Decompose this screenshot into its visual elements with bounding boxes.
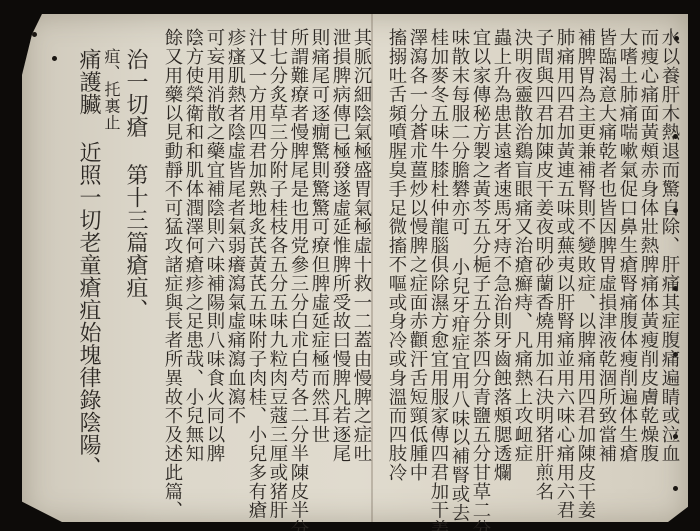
text-column-5: 補脾胃為主更兼補腎則不變敗症、以脾痛用四君加陳皮干姜 xyxy=(575,28,596,498)
text-column-20: 汁又一方用四君加熟地炙芪黃芪五味附子肉桂、小兒多有瘡 xyxy=(246,28,267,498)
text-column-3: 大嗜土肺痛喘嗽氣促口鼻生瘡腎痛腹体瘦削遍体生瘡 xyxy=(617,28,638,498)
text-column-4: 皆臨渴意大痛乾者也皆因脾胃虛損津液乾涸所致當補 xyxy=(596,28,617,498)
text-column-6: 肺痛用四君加黃連五味或蕪夷以肝腎痛並用六味心痛用六君 xyxy=(554,28,575,498)
text-columns: 水以養肝木熱退而驚自除、肝痛其症腹痛遍睛或泣血 而瘦心痛面黃頰赤身体壯熱脾痛体黃… xyxy=(60,28,680,498)
text-column-15: 其脈沉細陰氣極盛胃氣極虛十救一二蓋由慢脾之症吐 xyxy=(351,28,372,498)
section-subtitle-main: 痛護臟 近照一切老童瘡疽始塊律錄陰陽、 xyxy=(75,48,101,518)
text-column-22: 可妄用消散之藥宜補陰則六味補陽則八味食火同以脾 xyxy=(204,28,225,498)
text-column-12: 桂加麥冬五味牛膝杜仲龍腦俱除濕方愈宜用服家傳四君加干姜 xyxy=(428,28,449,498)
text-column-9: 蟲上升為患甚遠者速馬牙痔不急治則牙齒蝕落頰腮透爛 xyxy=(491,28,512,498)
binding-hole xyxy=(52,56,57,61)
section-title: 治一切瘡 第十三篇瘡疽、 xyxy=(122,48,148,518)
text-column-1: 水以養肝木熱退而驚自除、肝痛其症腹痛遍睛或泣血 xyxy=(659,28,680,498)
text-column-19: 甘七分炙草三分附子桂枝各五分五味九粒肉豆蔻三厘或猪肝 xyxy=(267,28,288,498)
text-column-14: 搐搦吐舌頻噴腥臭手足微搐不嘔或身冷或身溫而四肢冷 xyxy=(386,28,407,498)
text-column-7: 子間與四君加陳皮干姜夜明砂蘭香燒用加石決明猪肝煎名 xyxy=(533,28,554,498)
text-column-21: 疹瘙肌熱者陰虛皆尾者氣弱癢瀉氣虛痛瀉血瀉不 xyxy=(225,28,246,498)
text-column-2: 而瘦心痛面黃頰赤身体壯熱脾痛体黃瘦削皮膚乾燥腹 xyxy=(638,28,659,498)
text-column-18: 所謂難療者慢脾尾是也用党參三分白朮白芍各二分半陳皮半分炙 xyxy=(288,28,309,498)
text-column-16: 泄損脾病傳已極發遂虛延惟脾所受故曰慢脾凡若逐尾 xyxy=(330,28,351,498)
section-subtitle-small: 疽、托裏止 xyxy=(101,48,122,518)
text-column-17: 則痛尾可逐癇驚則驚驚可療但脾虛延症極而然耳世 xyxy=(309,28,330,498)
binding-hole xyxy=(32,32,37,37)
text-column-10: 宜以家傳秘方製之黃芩五分梔子五分茶四分青鹽五分甘草二分各 xyxy=(470,28,491,498)
text-column-8: 決明夜靈散治鷄盲眼痛又治瘡癬痔、凡痛熱上攻衄症 xyxy=(512,28,533,498)
text-column-13: 澤瀉各一分蒼朮薑炒以慢脾之症面赤顴汗舌短頸低腫中 xyxy=(407,28,428,498)
text-column-11: 味散末每服二分膽礬亦可 小兒牙疳症宜用八味以補腎或去 xyxy=(449,28,470,498)
text-column-24: 餘又用藥以見動靜不可猛攻諸症與長者所異故不及述此篇、 xyxy=(162,28,183,498)
text-column-23: 陰方使榮衛和和肌体潤澤何瘡疹之足患哉、小兒無知 xyxy=(183,28,204,498)
